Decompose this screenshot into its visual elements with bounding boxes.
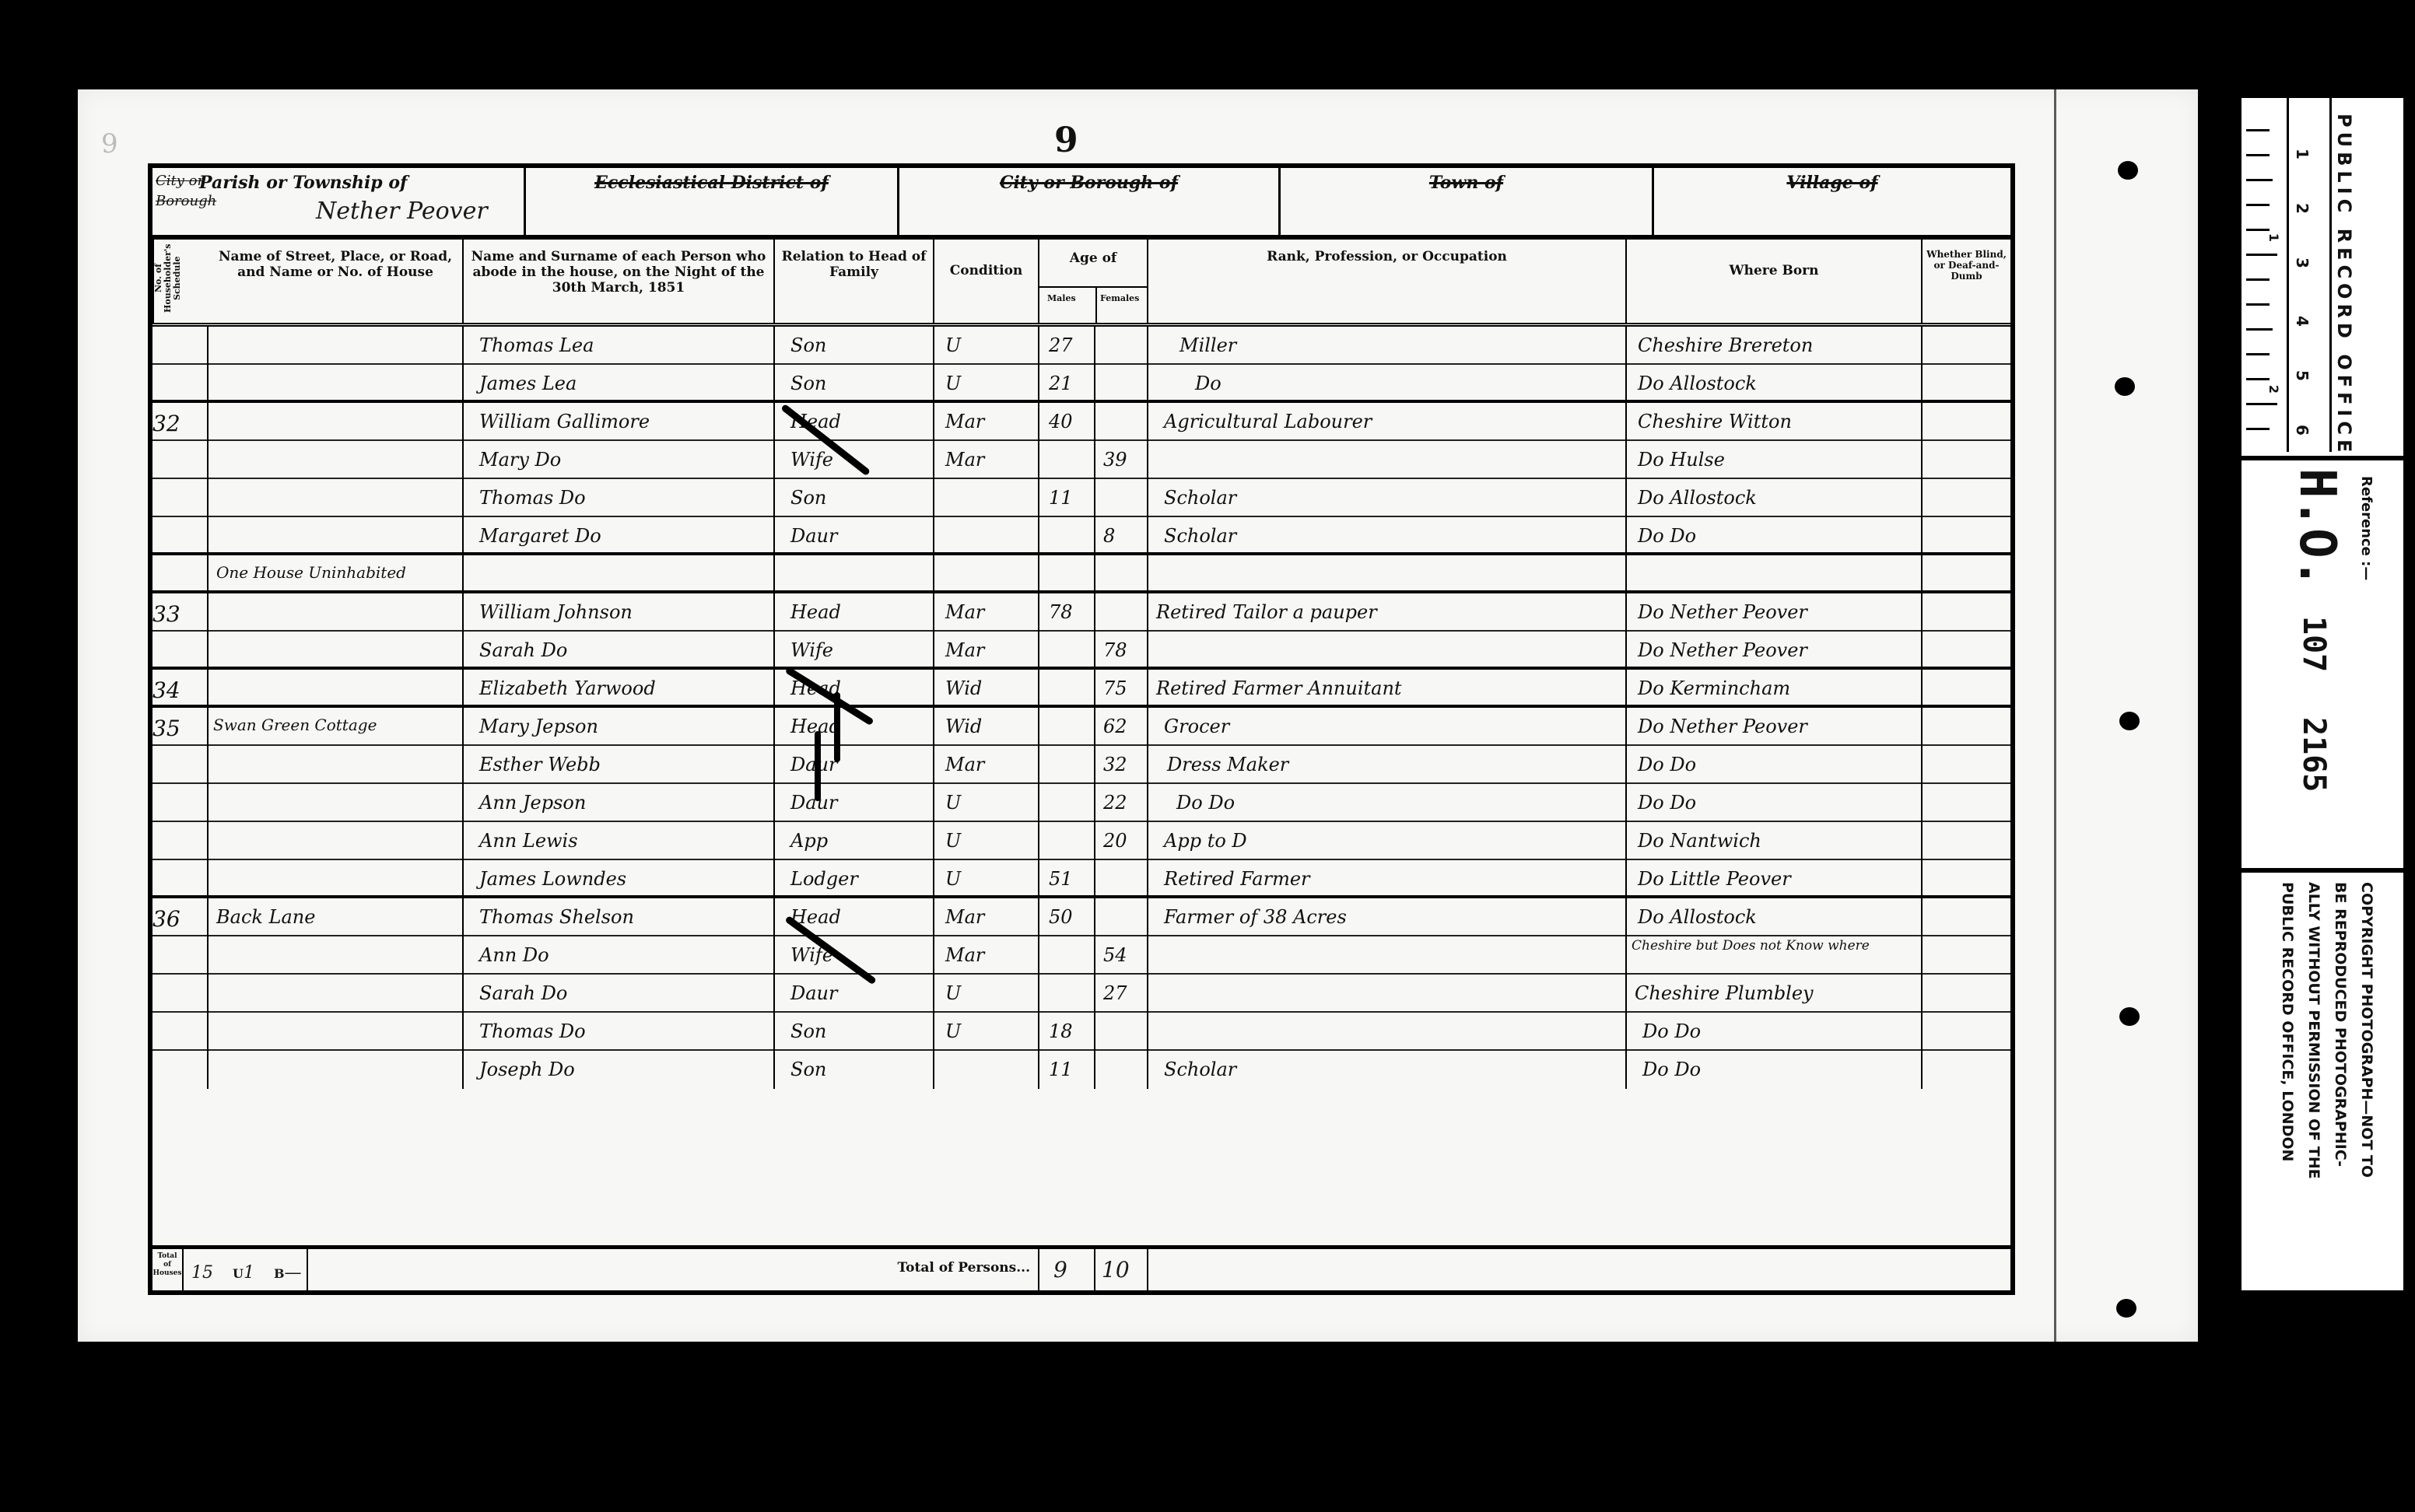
cell-occupation: Retired Tailor a pauper: [1148, 593, 1627, 632]
cell-schedule: [152, 784, 209, 822]
cell-schedule: 36: [152, 898, 209, 936]
cell-age-male: 50: [1039, 898, 1095, 936]
cell-where-born: Do Nether Peover: [1627, 593, 1923, 632]
cm-mark: 2: [2293, 203, 2312, 214]
cell-relation: Lodger: [775, 860, 934, 898]
cell-occupation: Miller: [1148, 327, 1627, 365]
cell-age-female: 54: [1095, 936, 1148, 975]
ruler-cm-marks: 1 2 3 4 5 6: [2287, 98, 2332, 452]
cell-blind: [1923, 1051, 2010, 1089]
cell-condition: [934, 479, 1039, 517]
cell-age-male: [1039, 936, 1095, 975]
cell-name: Joseph Do: [464, 1051, 775, 1089]
cell-name: William Gallimore: [464, 403, 775, 441]
cell-name: Sarah Do: [464, 975, 775, 1013]
cell-age-female: [1095, 365, 1148, 403]
cell-where-born: Do Hulse: [1627, 441, 1923, 479]
cell-age-male: 51: [1039, 860, 1095, 898]
cell-schedule: 34: [152, 670, 209, 708]
cell-condition: U: [934, 860, 1039, 898]
cell-blind: [1923, 632, 2010, 670]
header-relation: Relation to Head of Family: [775, 240, 934, 323]
location-header: City or Borough Parish or Township of Ne…: [152, 168, 2010, 240]
cell-age-female: [1095, 860, 1148, 898]
cell-blind: [1923, 784, 2010, 822]
cell-name: James Lowndes: [464, 860, 775, 898]
header-condition: Condition: [934, 240, 1039, 323]
cell-schedule: [152, 327, 209, 365]
cell-age-male: [1039, 975, 1095, 1013]
cell-where-born: Cheshire Brereton: [1627, 327, 1923, 365]
cell-condition: Mar: [934, 936, 1039, 975]
cell-age-male: 27: [1039, 327, 1095, 365]
cell-occupation: Scholar: [1148, 517, 1627, 555]
cell-occupation: Agricultural Labourer: [1148, 403, 1627, 441]
reference-box: Reference :— H.O. 107 2165: [2241, 456, 2403, 873]
cell-condition: U: [934, 822, 1039, 860]
cell-occupation: Retired Farmer: [1148, 860, 1627, 898]
cell-age-male: [1039, 746, 1095, 784]
total-houses-label: Total of Houses: [152, 1249, 184, 1290]
village-label: Village of: [1654, 173, 2010, 193]
city-cell: City or Borough of: [899, 168, 1281, 235]
cell-street: [209, 517, 464, 555]
column-headers: No. of Householder's Schedule Name of St…: [152, 240, 2010, 327]
cell-schedule: [152, 746, 209, 784]
cell-name: Esther Webb: [464, 746, 775, 784]
header-blind: Whether Blind, or Deaf-and-Dumb: [1923, 240, 2010, 323]
cell-name: Thomas Lea: [464, 327, 775, 365]
table-row: James Lowndes Lodger U 51 Retired Farmer…: [152, 860, 2010, 898]
cell-where-born: Cheshire Plumbley: [1627, 975, 1923, 1013]
uninhabited-label: U: [233, 1266, 244, 1281]
totals-row: Total of Houses 15 U1 B— Total of Person…: [152, 1245, 2010, 1290]
cell-relation: Daur: [775, 517, 934, 555]
cell-age-female: [1095, 593, 1148, 632]
table-row: Margaret Do Daur 8 Scholar Do Do: [152, 517, 2010, 555]
cell-age-female: 62: [1095, 708, 1148, 746]
reference-label: Reference :—: [2358, 476, 2375, 580]
cell-occupation: [1148, 975, 1627, 1013]
cell-schedule: [152, 936, 209, 975]
cell-blind: [1923, 860, 2010, 898]
cell-condition: U: [934, 327, 1039, 365]
cell-age-male: 78: [1039, 593, 1095, 632]
cell-street: [209, 403, 464, 441]
table-row: Ann Lewis App U 20 App to D Do Nantwich: [152, 822, 2010, 860]
cell-blind: [1923, 441, 2010, 479]
cell-condition: Mar: [934, 441, 1039, 479]
table-row: Thomas Do Son 11 Scholar Do Allostock: [152, 479, 2010, 517]
parish-prefix-struck: City or: [156, 173, 204, 189]
cell-where-born: Do Nether Peover: [1627, 632, 1923, 670]
cm-mark: 6: [2293, 425, 2312, 436]
cell-relation: Son: [775, 1051, 934, 1089]
cell-occupation: Scholar: [1148, 1051, 1627, 1089]
cell-schedule: 35: [152, 708, 209, 746]
cell-occupation: Scholar: [1148, 479, 1627, 517]
cell-age-male: 21: [1039, 365, 1095, 403]
cell-name: James Lea: [464, 365, 775, 403]
cell-street: [209, 632, 464, 670]
copyright-line: BE REPRODUCED PHOTOGRAPHIC-: [2332, 882, 2349, 1167]
cell-blind: [1923, 936, 2010, 975]
binding-hole-icon: [2119, 712, 2140, 730]
cell-relation: Son: [775, 365, 934, 403]
cell-where-born: Do Do: [1627, 784, 1923, 822]
cell-occupation: [1148, 936, 1627, 975]
city-label: City or Borough of: [899, 173, 1278, 193]
cell-street: [209, 593, 464, 632]
cell-age-female: 20: [1095, 822, 1148, 860]
cell-age-female: 32: [1095, 746, 1148, 784]
inch-mark: 2: [2266, 385, 2281, 394]
reference-folio: 2165: [2296, 717, 2332, 792]
cell-occupation: [1148, 1013, 1627, 1051]
pro-ruler-strip: 1 2 3 4 5 6 1 2 PUBLIC RECORD OFFICE Ref…: [2237, 93, 2408, 1295]
tally-strike-mark: [815, 731, 821, 801]
cell-condition: U: [934, 365, 1039, 403]
cell-blind: [1923, 555, 2010, 593]
cell-condition: U: [934, 975, 1039, 1013]
cell-age-male: [1039, 555, 1095, 593]
cell-relation: Son: [775, 327, 934, 365]
reference-code: H.O.: [2288, 468, 2346, 588]
cell-relation: Daur: [775, 784, 934, 822]
cell-age-female: [1095, 555, 1148, 593]
cell-condition: Mar: [934, 898, 1039, 936]
cell-name: Mary Jepson: [464, 708, 775, 746]
cell-where-born: Do Nether Peover: [1627, 708, 1923, 746]
cell-condition: Mar: [934, 593, 1039, 632]
cell-name: [464, 555, 775, 593]
cell-schedule: [152, 1051, 209, 1089]
parish-label: Parish or Township of: [199, 173, 408, 193]
table-row: 35 Swan Green Cottage Mary Jepson Head W…: [152, 708, 2010, 746]
cell-street: [209, 670, 464, 708]
total-inhabited: 15: [191, 1263, 213, 1283]
copyright-line: COPYRIGHT PHOTOGRAPH—NOT TO: [2358, 882, 2375, 1178]
cell-where-born: Cheshire but Does not Know where: [1627, 936, 1923, 975]
cell-where-born: Do Do: [1627, 1013, 1923, 1051]
table-row: Thomas Lea Son U 27 Miller Cheshire Brer…: [152, 327, 2010, 365]
cell-street: One House Uninhabited: [209, 555, 464, 593]
cell-relation: Daur: [775, 746, 934, 784]
totals-blank: [1148, 1249, 2010, 1290]
cell-relation: Son: [775, 479, 934, 517]
table-row: Joseph Do Son 11 Scholar Do Do: [152, 1051, 2010, 1089]
cell-age-female: [1095, 1013, 1148, 1051]
cell-age-female: 39: [1095, 441, 1148, 479]
cell-age-female: [1095, 479, 1148, 517]
cell-schedule: [152, 860, 209, 898]
cell-age-female: [1095, 1051, 1148, 1089]
page-number: 9: [1054, 121, 1078, 160]
pro-title: PUBLIC RECORD OFFICE: [2333, 114, 2355, 457]
cell-age-male: 11: [1039, 1051, 1095, 1089]
cell-street: [209, 822, 464, 860]
header-occupation: Rank, Profession, or Occupation: [1148, 240, 1627, 323]
header-females: Females: [1100, 291, 1139, 306]
cell-name: Ann Do: [464, 936, 775, 975]
cell-occupation: Grocer: [1148, 708, 1627, 746]
cell-schedule: [152, 479, 209, 517]
cell-blind: [1923, 975, 2010, 1013]
cell-schedule: [152, 441, 209, 479]
table-row: James Lea Son U 21 Do Do Allostock: [152, 365, 2010, 403]
cell-relation: App: [775, 822, 934, 860]
cell-where-born: Do Do: [1627, 1051, 1923, 1089]
cell-blind: [1923, 898, 2010, 936]
cell-street: [209, 327, 464, 365]
age-divider: [1095, 288, 1097, 324]
header-males: Males: [1047, 291, 1076, 306]
inch-mark: 1: [2266, 233, 2281, 242]
cell-condition: Mar: [934, 403, 1039, 441]
cell-street: Swan Green Cottage: [209, 708, 464, 746]
cell-relation: Head: [775, 593, 934, 632]
cell-name: Ann Jepson: [464, 784, 775, 822]
cell-occupation: Do Do: [1148, 784, 1627, 822]
table-row: Thomas Do Son U 18 Do Do: [152, 1013, 2010, 1051]
cell-condition: Wid: [934, 670, 1039, 708]
table-row: Ann Jepson Daur U 22 Do Do Do Do: [152, 784, 2010, 822]
cell-age-male: 18: [1039, 1013, 1095, 1051]
cell-relation: Daur: [775, 975, 934, 1013]
cell-age-female: 27: [1095, 975, 1148, 1013]
cell-street: [209, 1051, 464, 1089]
cell-street: [209, 936, 464, 975]
total-males: 9: [1039, 1249, 1095, 1290]
cell-relation: Wife: [775, 632, 934, 670]
total-persons-label: Total of Persons...: [897, 1260, 1030, 1276]
cell-condition: [934, 1051, 1039, 1089]
cell-relation: Son: [775, 1013, 934, 1051]
cell-occupation: [1148, 555, 1627, 593]
reference-piece: 107: [2296, 616, 2332, 672]
header-name: Name and Surname of each Person who abod…: [464, 240, 775, 323]
binding-hole-icon: [2115, 377, 2135, 396]
cell-schedule: [152, 365, 209, 403]
cell-age-male: [1039, 822, 1095, 860]
cell-street: [209, 365, 464, 403]
header-where-born: Where Born: [1627, 240, 1923, 323]
cell-schedule: [152, 822, 209, 860]
cell-schedule: [152, 975, 209, 1013]
cell-occupation: Farmer of 38 Acres: [1148, 898, 1627, 936]
cell-name: Ann Lewis: [464, 822, 775, 860]
table-row-uninhabited: One House Uninhabited: [152, 555, 2010, 593]
page-fold-line: [2054, 89, 2056, 1342]
cell-occupation: App to D: [1148, 822, 1627, 860]
total-uninhabited: 1: [244, 1263, 254, 1283]
cell-occupation: Retired Farmer Annuitant: [1148, 670, 1627, 708]
cell-age-male: [1039, 708, 1095, 746]
cell-schedule: 32: [152, 403, 209, 441]
parish-cell: City or Borough Parish or Township of Ne…: [152, 168, 526, 235]
cell-street: [209, 975, 464, 1013]
cell-occupation: [1148, 441, 1627, 479]
binding-hole-icon: [2119, 1007, 2140, 1026]
header-street: Name of Street, Place, or Road, and Name…: [209, 240, 464, 323]
total-houses-values: 15 U1 B—: [184, 1249, 308, 1290]
cell-age-male: [1039, 632, 1095, 670]
cell-age-male: 40: [1039, 403, 1095, 441]
cell-age-male: [1039, 517, 1095, 555]
cell-street: [209, 479, 464, 517]
village-cell: Village of: [1654, 168, 2010, 235]
cell-name: Margaret Do: [464, 517, 775, 555]
table-row: Mary Do Wife Mar 39 Do Hulse: [152, 441, 2010, 479]
cell-condition: Mar: [934, 632, 1039, 670]
table-row: 34 Elizabeth Yarwood Head Wid 75 Retired…: [152, 670, 2010, 708]
cell-where-born: Do Little Peover: [1627, 860, 1923, 898]
cell-condition: U: [934, 784, 1039, 822]
cell-age-female: 22: [1095, 784, 1148, 822]
census-table: City or Borough Parish or Township of Ne…: [148, 163, 2015, 1295]
table-row: 32 William Gallimore Head Mar 40 Agricul…: [152, 403, 2010, 441]
table-row: Ann Do Wife Mar 54 Cheshire but Does not…: [152, 936, 2010, 975]
table-row: Sarah Do Wife Mar 78 Do Nether Peover: [152, 632, 2010, 670]
cell-where-born: Cheshire Witton: [1627, 403, 1923, 441]
cell-street: [209, 784, 464, 822]
cell-age-female: [1095, 898, 1148, 936]
cell-condition: [934, 555, 1039, 593]
cell-street: [209, 441, 464, 479]
cell-age-female: [1095, 327, 1148, 365]
header-schedule: No. of Householder's Schedule: [152, 240, 209, 323]
cm-mark: 4: [2293, 316, 2312, 327]
cell-blind: [1923, 365, 2010, 403]
cell-name: Sarah Do: [464, 632, 775, 670]
table-row: Sarah Do Daur U 27 Cheshire Plumbley: [152, 975, 2010, 1013]
cell-condition: Mar: [934, 746, 1039, 784]
header-age-of: Age of: [1039, 240, 1147, 288]
cell-where-born: Do Allostock: [1627, 479, 1923, 517]
cell-name: Mary Do: [464, 441, 775, 479]
cell-condition: U: [934, 1013, 1039, 1051]
cell-age-male: [1039, 784, 1095, 822]
cell-street: [209, 860, 464, 898]
cell-blind: [1923, 593, 2010, 632]
binding-hole-icon: [2116, 1299, 2136, 1318]
cell-age-female: 75: [1095, 670, 1148, 708]
cell-blind: [1923, 708, 2010, 746]
cm-mark: 5: [2293, 370, 2312, 381]
cell-blind: [1923, 670, 2010, 708]
cell-blind: [1923, 327, 2010, 365]
cell-name: Thomas Do: [464, 479, 775, 517]
table-row: 36 Back Lane Thomas Shelson Head Mar 50 …: [152, 898, 2010, 936]
total-persons-cell: Total of Persons...: [308, 1249, 1039, 1290]
tally-strike-mark: [834, 692, 840, 762]
cell-where-born: Do Kermincham: [1627, 670, 1923, 708]
cell-schedule: [152, 632, 209, 670]
town-label: Town of: [1281, 173, 1652, 193]
cell-street: Back Lane: [209, 898, 464, 936]
cell-blind: [1923, 822, 2010, 860]
cell-street: [209, 1013, 464, 1051]
town-cell: Town of: [1281, 168, 1654, 235]
cell-schedule: [152, 555, 209, 593]
cell-schedule: 33: [152, 593, 209, 632]
cell-blind: [1923, 746, 2010, 784]
cell-where-born: Do Do: [1627, 517, 1923, 555]
cell-blind: [1923, 403, 2010, 441]
ecclesiastical-cell: Ecclesiastical District of: [526, 168, 899, 235]
cell-age-male: [1039, 441, 1095, 479]
cell-age-male: [1039, 670, 1095, 708]
parish-value: Nether Peover: [316, 198, 488, 225]
total-building: —: [284, 1263, 301, 1283]
cell-where-born: Do Allostock: [1627, 898, 1923, 936]
cell-condition: Wid: [934, 708, 1039, 746]
table-row: 33 William Johnson Head Mar 78 Retired T…: [152, 593, 2010, 632]
cell-relation: [775, 555, 934, 593]
cm-mark: 1: [2293, 149, 2312, 159]
cell-where-born: [1627, 555, 1923, 593]
corner-mark: 9: [101, 128, 118, 159]
cell-where-born: Do Allostock: [1627, 365, 1923, 403]
total-females: 10: [1095, 1249, 1148, 1290]
header-age: Age of Males Females: [1039, 240, 1148, 323]
cell-age-female: 8: [1095, 517, 1148, 555]
cell-name: Thomas Do: [464, 1013, 775, 1051]
cell-age-male: 11: [1039, 479, 1095, 517]
building-label: B: [274, 1266, 285, 1281]
copyright-line: ALLY WITHOUT PERMISSION OF THE: [2305, 882, 2322, 1179]
cell-name: William Johnson: [464, 593, 775, 632]
cell-schedule: [152, 1013, 209, 1051]
ecclesiastical-label: Ecclesiastical District of: [526, 173, 897, 193]
cell-blind: [1923, 479, 2010, 517]
binding-hole-icon: [2118, 161, 2138, 180]
cell-age-female: [1095, 403, 1148, 441]
cell-street: [209, 746, 464, 784]
cell-age-female: 78: [1095, 632, 1148, 670]
table-row: Esther Webb Daur Mar 32 Dress Maker Do D…: [152, 746, 2010, 784]
cell-name: Elizabeth Yarwood: [464, 670, 775, 708]
cell-occupation: [1148, 632, 1627, 670]
ruler-ticks: [2246, 106, 2285, 448]
cell-where-born: Do Nantwich: [1627, 822, 1923, 860]
cm-mark: 3: [2293, 257, 2312, 268]
copyright-notice: COPYRIGHT PHOTOGRAPH—NOT TO BE REPRODUCE…: [2241, 868, 2403, 1293]
cell-blind: [1923, 1013, 2010, 1051]
cell-where-born: Do Do: [1627, 746, 1923, 784]
cell-name: Thomas Shelson: [464, 898, 775, 936]
cell-occupation: Do: [1148, 365, 1627, 403]
parish-prefix2-struck: Borough: [156, 193, 216, 209]
cell-condition: [934, 517, 1039, 555]
cell-schedule: [152, 517, 209, 555]
cell-occupation: Dress Maker: [1148, 746, 1627, 784]
census-page: 9 9 City or Borough Parish or Township o…: [78, 89, 2198, 1342]
cell-blind: [1923, 517, 2010, 555]
copyright-line: PUBLIC RECORD OFFICE, LONDON: [2279, 882, 2296, 1162]
